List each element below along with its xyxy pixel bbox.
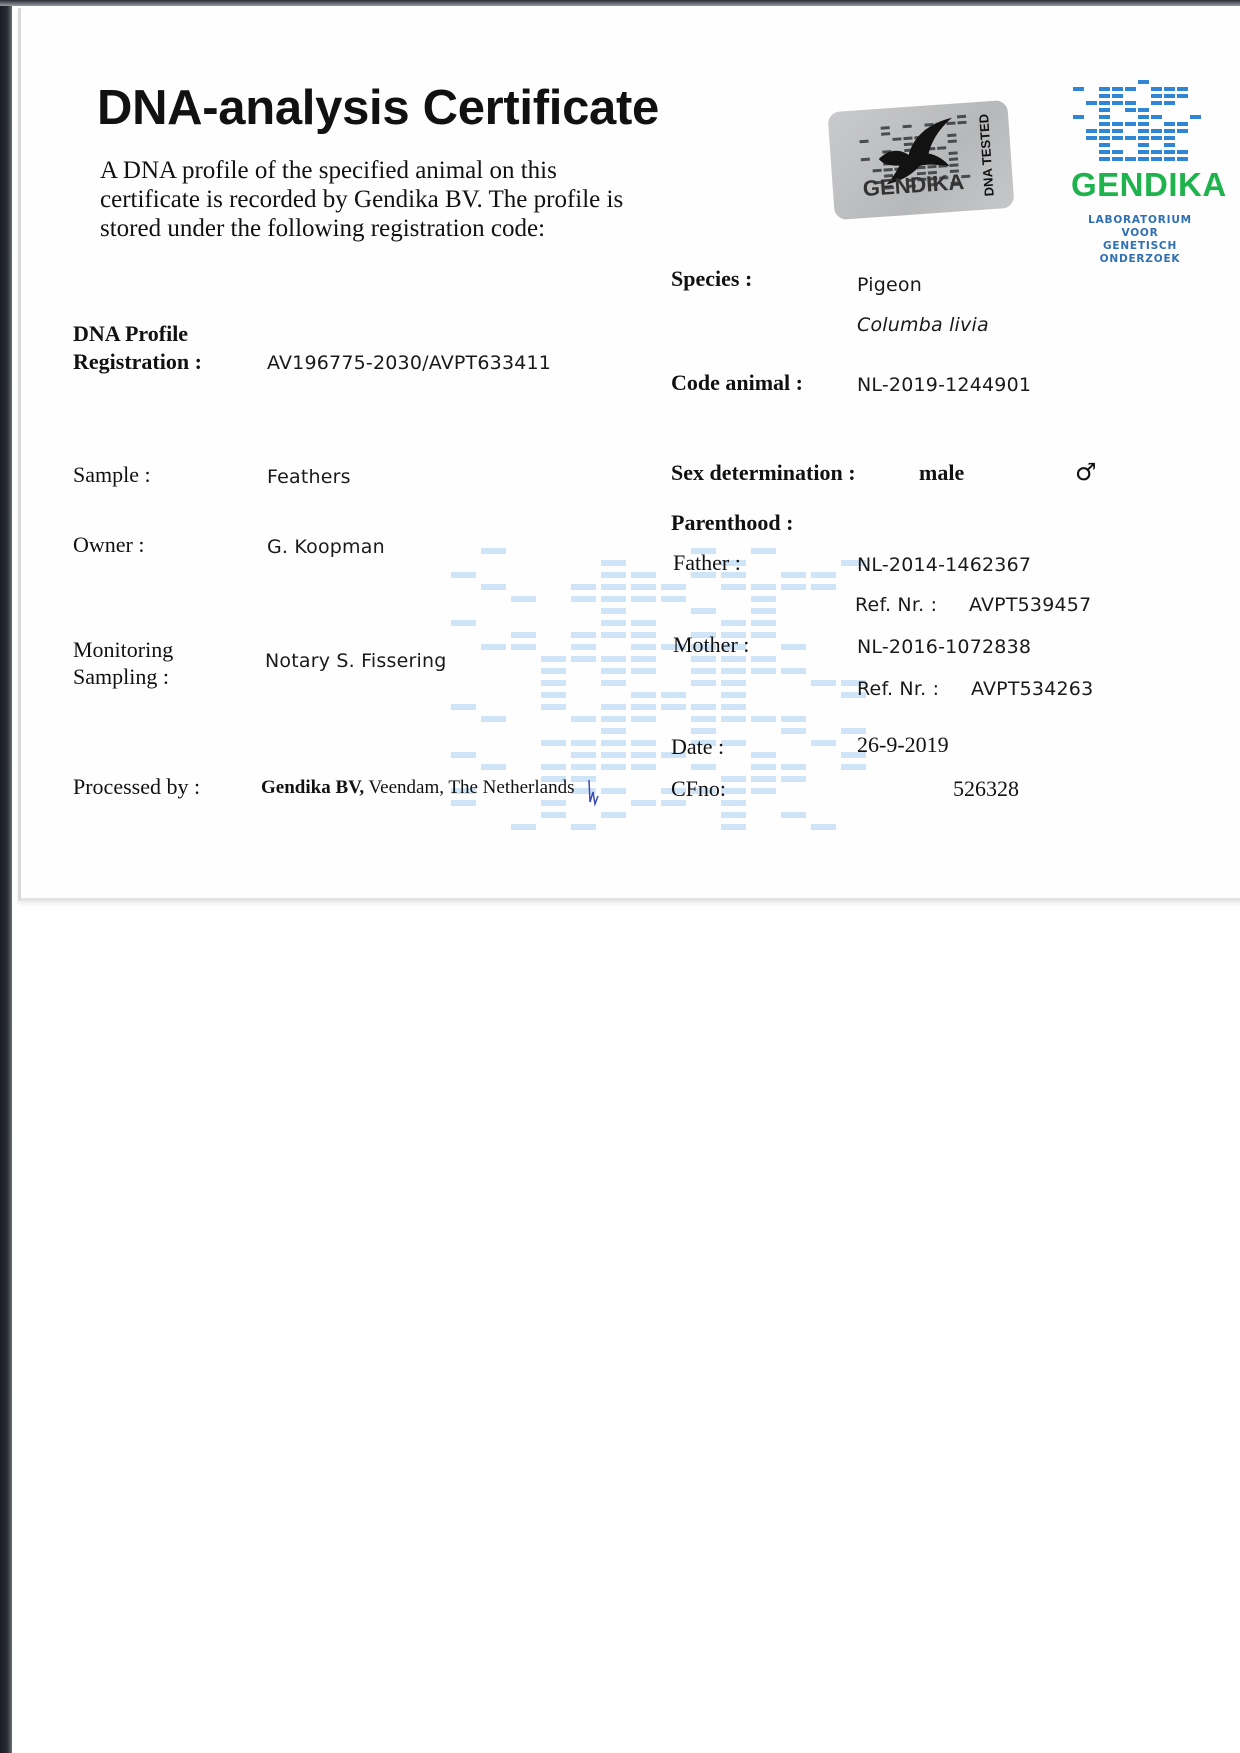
scan-top-edge	[0, 0, 1240, 6]
date-value: 26-9-2019	[857, 732, 949, 758]
registration-label-line1: DNA Profile	[73, 320, 202, 348]
code-animal-value: NL-2019-1244901	[857, 374, 1031, 396]
registration-label-line2: Registration :	[73, 348, 202, 376]
code-animal-label: Code animal :	[671, 370, 803, 396]
scan-left-edge	[0, 0, 12, 1753]
mother-ref: AVPT534263	[971, 678, 1093, 700]
species-latin: Columba livia	[857, 314, 989, 336]
gendika-logo-mark-icon	[1073, 80, 1203, 162]
monitoring-label: Monitoring Sampling :	[73, 636, 173, 690]
owner-value: G. Koopman	[267, 536, 385, 558]
signature-mark	[586, 778, 600, 808]
sex-label: Sex determination :	[671, 460, 856, 486]
date-label: Date :	[671, 734, 724, 760]
father-ring: NL-2014-1462367	[857, 554, 1031, 576]
species-label: Species :	[671, 266, 752, 292]
certificate-title: DNA-analysis Certificate	[97, 80, 659, 136]
sample-label: Sample :	[73, 462, 151, 488]
processed-label: Processed by :	[73, 774, 200, 800]
species-common: Pigeon	[857, 274, 922, 296]
registration-label: DNA Profile Registration :	[73, 320, 202, 376]
cfno-value: 526328	[953, 776, 1019, 802]
intro-text: A DNA profile of the specified animal on…	[100, 156, 660, 243]
owner-label: Owner :	[73, 532, 144, 558]
logo-subtitle-line1: LABORATORIUM VOOR	[1075, 214, 1205, 240]
father-label: Father :	[673, 550, 741, 576]
mother-ring: NL-2016-1072838	[857, 636, 1031, 658]
processed-company: Gendika BV,	[261, 777, 364, 798]
registration-value: AV196775-2030/AVPT633411	[267, 352, 551, 374]
father-ref-label: Ref. Nr. :	[855, 594, 937, 616]
certificate-card: DNA-analysis Certificate A DNA profile o…	[18, 8, 1240, 901]
monitoring-value: Notary S. Fissering	[265, 650, 446, 672]
badge-brand: GENDIKA	[862, 169, 965, 202]
parenthood-label: Parenthood :	[671, 510, 793, 536]
gendika-logo-name: GENDIKA	[1071, 166, 1227, 204]
cfno-label: CFno:	[671, 776, 726, 802]
father-ref: AVPT539457	[969, 594, 1091, 616]
processed-value: Gendika BV, Veendam, The Netherlands	[261, 777, 575, 799]
gendika-logo-subtitle: LABORATORIUM VOOR GENETISCH ONDERZOEK	[1075, 214, 1205, 266]
mother-label: Mother :	[673, 632, 749, 658]
logo-subtitle-line2: GENETISCH ONDERZOEK	[1075, 240, 1205, 266]
sample-value: Feathers	[267, 466, 351, 488]
processed-location: Veendam, The Netherlands	[364, 777, 574, 798]
mother-ref-label: Ref. Nr. :	[857, 678, 939, 700]
monitoring-label-line1: Monitoring	[73, 636, 173, 663]
dna-tested-badge: GENDIKA DNA TESTED	[827, 100, 1014, 220]
sex-value: male	[919, 460, 964, 486]
monitoring-label-line2: Sampling :	[73, 663, 173, 690]
male-symbol-icon: ♂	[1075, 458, 1097, 486]
badge-side-text: DNA TESTED	[976, 109, 1004, 202]
